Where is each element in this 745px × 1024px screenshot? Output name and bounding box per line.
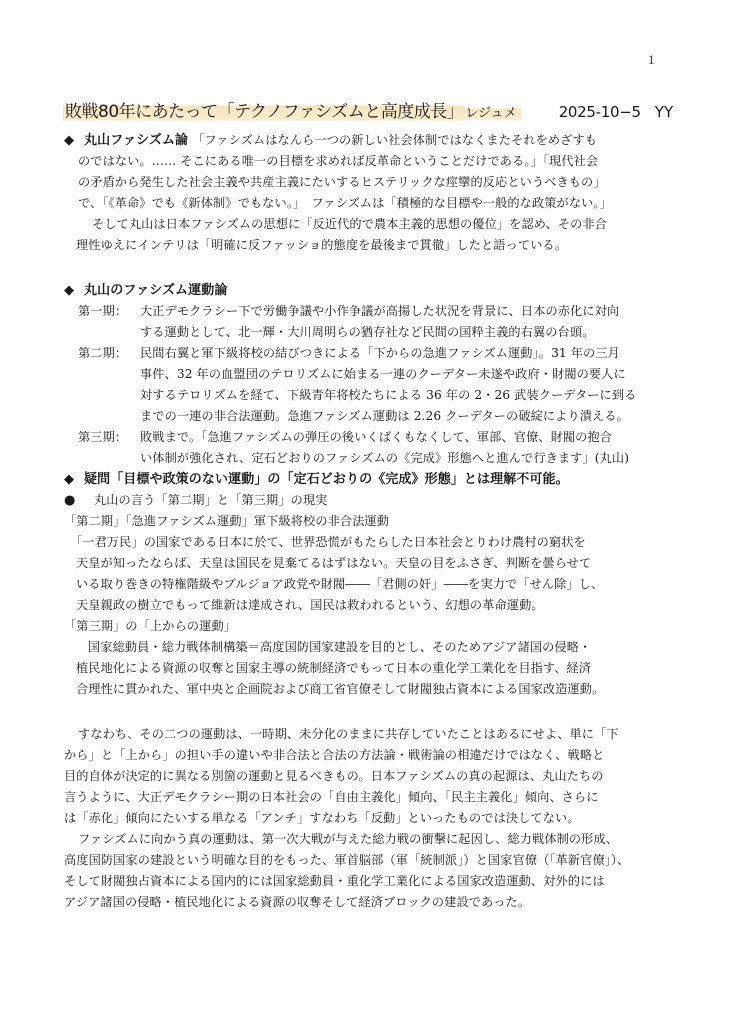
second-period-subheading: 「第二期」「急進ファシズム運動」軍下級将校の非合法運動 [64, 511, 724, 532]
period-line: 民間右翼と軍下級将校の結びつきによる「下からの急進ファシズム運動」。31 年の三… [140, 343, 724, 364]
second-period-line: いる取り巻きの特権階級やブルジョア政党や財閥――「君側の奸」――を実力で「せん除… [64, 574, 724, 595]
circle-bullet-icon: ● [64, 490, 84, 511]
diamond-bullet-icon: ◆ [64, 469, 84, 490]
second-period-line: 「一君万民」の国家である日本に於て、世界恐慌がもたらした日本社会とりわけ農村の窮… [64, 532, 724, 553]
period-second: 第二期： 民間右翼と軍下級将校の結びつきによる「下からの急進ファシズム運動」。3… [64, 343, 724, 427]
section-heading: 丸山のファシズム運動論 [84, 283, 227, 298]
period-line: い体制が強化され、定石どおりのファシズムの《完成》形態へと進んで行きます」(丸山… [140, 448, 724, 469]
conclusion-line: そして財閥独占資本による国内的には国家総動員・重化学工業化による国家改造運動、対… [64, 871, 724, 892]
summary-line: 理性ゆえにインテリは「明確に反ファッショ的態度を最後まで貫徹」したと語っている。 [64, 235, 724, 256]
third-period-line: 植民地化による資源の収奪と国家主導の統制経済でもって日本の重化学工業化を目指す、… [64, 658, 724, 679]
document-header: 敗戦80年にあたって「テクノファシズムと高度成長」 レジュメ 2025-10−5… [63, 97, 723, 122]
section-heading: 疑問「目標や政策のない運動」の「定石どおりの《完成》形態」とは理解不可能。 [84, 472, 569, 487]
period-label: 第一期： [78, 301, 140, 343]
third-period-line: 国家総動員・総力戦体制構築＝高度国防国家建設を目的とし、そのためアジア諸国の侵略… [64, 637, 724, 658]
third-period-subheading: 「第三期」の「上からの運動」 [64, 616, 724, 637]
period-label: 第二期： [78, 343, 140, 427]
quote-line: の矛盾から発生した社会主義や共産主義にたいするヒステリックな痙攣的反応というべき… [64, 172, 724, 193]
conclusion-line: アジア諸国の侵略・植民地化による資源の収奪そして経済ブロックの建設であった。 [64, 892, 724, 913]
summary-line: そして丸山は日本ファシズムの思想に「反近代的で農本主義的思想の優位」を認め、その… [64, 214, 724, 235]
conclusion-line: 高度国防国家の建設という明確な目的をもった、軍首脳部（軍「統制派」）と国家官僚（… [64, 850, 724, 871]
document-title: 敗戦80年にあたって「テクノファシズムと高度成長」 [63, 97, 465, 122]
section-heading: 丸山ファシズム論 [84, 133, 188, 148]
period-third: 第三期： 敗戦まで。「急進ファシズムの弾圧の後いくばくもなくして、軍部、官僚、財… [64, 427, 724, 469]
period-line: までの一連の非合法運動。急進ファシズム運動は 2.26 クーデターの破綻により潰… [140, 406, 724, 427]
third-period-line: 合理性に貫かれた、軍中央と企画院および商工省官僚そして財閥独占資本による国家改造… [64, 679, 724, 700]
period-first: 第一期： 大正デモクラシー下で労働争議や小作争議が高揚した状況を背景に、日本の赤… [64, 301, 724, 343]
period-line: する運動として、北一輝・大川周明らの猶存社など民間の国粋主義的右翼の台頭。 [140, 322, 724, 343]
second-period-line: 天皇親政の樹立でもって維新は達成され、国民は救われるという、幻想の革命運動。 [64, 595, 724, 616]
period-line: 事件、32 年の血盟団のテロリズムに始まる一連のクーデター未遂や政府・財閥の要人… [140, 364, 724, 385]
period-line: 敗戦まで。「急進ファシズムの弾圧の後いくばくもなくして、軍部、官僚、財閥の抱合 [140, 427, 724, 448]
document-body: ◆丸山ファシズム論 「ファシズムはなんら一つの新しい社会体制ではなくまたそれをめ… [64, 130, 724, 913]
document-date: 2025-10−5 [559, 103, 641, 121]
conclusion-line: から」と「上から」の担い手の違いや非合法と合法の方法論・戦術論の相違だけではなく… [64, 745, 724, 766]
section-movement-theory: ◆丸山のファシズム運動論 第一期： 大正デモクラシー下で労働争議や小作争議が高揚… [64, 280, 724, 469]
conclusion-line: 言うように、大正デモクラシー期の日本社会の「自由主義化」傾向、「民主主義化」傾向… [64, 787, 724, 808]
quote-line: 「ファシズムはなんら一つの新しい社会体制ではなくまたそれをめざすも [192, 133, 597, 147]
section-question: ◆疑問「目標や政策のない運動」の「定石どおりの《完成》形態」とは理解不可能。 [64, 469, 724, 490]
conclusion-line: 目的自体が決定的に異なる別箇の運動と見るべきもの。日本ファシズムの真の起源は、丸… [64, 766, 724, 787]
quote-line: のではない。…… そこにある唯一の目標を求めれば反革命ということだけである。」「… [64, 151, 724, 172]
page-number: 1 [648, 52, 655, 68]
diamond-bullet-icon: ◆ [64, 280, 84, 301]
conclusion-line: ファシズムに向かう真の運動は、第一次大戦が与えた総力戦の衝撃に起因し、総力戦体制… [64, 829, 724, 850]
conclusion-line: すなわち、その二つの運動は、一時期、未分化のままに共存していたことはあるにせよ、… [64, 724, 724, 745]
section-conclusion: すなわち、その二つの運動は、一時期、未分化のままに共存していたことはあるにせよ、… [64, 724, 724, 913]
diamond-bullet-icon: ◆ [64, 130, 84, 151]
section-maruyama-theory: ◆丸山ファシズム論 「ファシズムはなんら一つの新しい社会体制ではなくまたそれをめ… [64, 130, 724, 256]
second-period-line: 天皇が知ったならば、天皇は国民を見棄てるはずはない。天皇の目をふさぎ、判断を曇ら… [64, 553, 724, 574]
period-label: 第三期： [78, 427, 140, 469]
subsection-heading: 丸山の言う「第二期」と「第三期」の現実 [88, 493, 327, 507]
period-line: 対するテロリズムを経て、下級青年将校たちによる 36 年の 2・26 武装クーデ… [140, 385, 724, 406]
document-type-label: レジュメ [465, 102, 520, 121]
section-reality: ● 丸山の言う「第二期」と「第三期」の現実 「第二期」「急進ファシズム運動」軍下… [64, 490, 724, 700]
period-line: 大正デモクラシー下で労働争議や小作争議が高揚した状況を背景に、日本の赤化に対向 [140, 301, 724, 322]
conclusion-line: は「赤化」傾向にたいする単なる「アンチ」すなわち「反動」といったものでは決してな… [64, 808, 724, 829]
document-author: YY [655, 103, 673, 121]
quote-line: で、「《革命》でも《新体制》でもない。」 ファシズムは「積極的な目標や一般的な政… [64, 193, 724, 214]
